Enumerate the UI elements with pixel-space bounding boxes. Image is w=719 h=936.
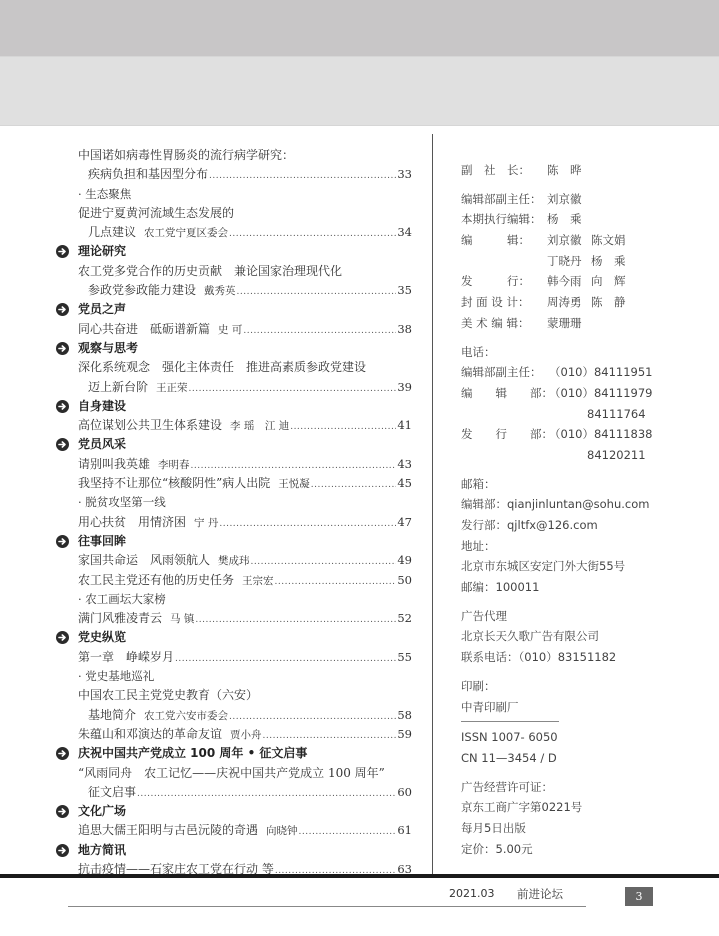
footer-date: 2021.03 [449, 887, 495, 900]
toc-entry[interactable]: 家国共命运 风雨领航人樊成玮49 [56, 551, 412, 570]
staff-row: 丁晓丹杨 乘 [461, 251, 691, 272]
staff-name-2: 陈文娟 [591, 230, 626, 251]
issn: ISSN 1007- 6050 [461, 727, 691, 748]
phone-row: 84111764 [461, 404, 691, 425]
section-title: 自身建设 [78, 399, 126, 413]
toc-entry[interactable]: 用心扶贫 用情济困宁 丹47 [56, 513, 412, 532]
entry-author: 李 瑶 江 迪 [230, 417, 289, 436]
toc-entry[interactable]: 中国农工民主党党史教育（六安） [56, 686, 412, 705]
toc-entry[interactable]: 同心共奋进 砥砺谱新篇史 可38 [56, 320, 412, 339]
entry-title: 农工民主党还有他的历史任务 [78, 571, 234, 590]
info-rule [461, 721, 559, 722]
top-gray-band [0, 0, 719, 56]
toc-entry[interactable]: “风雨同舟 农工记忆——庆祝中国共产党成立 100 周年” [56, 764, 412, 783]
email-heading: 邮箱： [461, 474, 691, 495]
section-heading: 往事回眸 [56, 532, 412, 551]
staff-row: 本期执行编辑：杨 乘 [461, 209, 691, 230]
phone-row: 编辑部副主任：（010）84111951 [461, 362, 691, 383]
license-heading: 广告经营许可证： [461, 777, 691, 798]
section-title: 党员之声 [78, 302, 126, 316]
address: 北京市东城区安定门外大街55号 [461, 556, 691, 577]
section-heading: 自身建设 [56, 397, 412, 416]
entry-title: 征文启事 [88, 783, 136, 802]
ad-phone: 联系电话：（010）83151182 [461, 647, 691, 668]
ad-heading: 广告代理 [461, 606, 691, 627]
entry-author: 史 可 [218, 321, 242, 340]
toc-entry[interactable]: 满门风雅凌青云马 镇52 [56, 609, 412, 628]
entry-author: 农工党宁夏区委会 [144, 224, 228, 243]
address-heading: 地址： [461, 536, 691, 557]
toc-entry[interactable]: 征文启事60 [56, 783, 412, 802]
entry-title: 参政党参政能力建设 [88, 281, 196, 300]
arrow-circle-icon [56, 535, 69, 548]
staff-row: 编辑部副主任：刘京徽 [461, 189, 691, 210]
table-of-contents: 中国诺如病毒性胃肠炎的流行病学研究：疾病负担和基因型分布33· 生态聚焦促进宁夏… [56, 146, 412, 879]
phone-number: 84111764 [549, 404, 646, 425]
staff-name: 蒙珊珊 [547, 316, 582, 330]
entry-title: 中国诺如病毒性胃肠炎的流行病学研究： [78, 148, 294, 162]
section-heading: 党员风采 [56, 435, 412, 454]
entry-page-number: 61 [397, 821, 412, 840]
toc-entry[interactable]: 追思大儒王阳明与古邑沅陵的奇遇向晓钟61 [56, 821, 412, 840]
column-divider [432, 134, 433, 876]
toc-entry[interactable]: 参政党参政能力建设戴秀英35 [56, 281, 412, 300]
entry-page-number: 63 [397, 860, 412, 879]
entry-page-number: 45 [397, 474, 412, 493]
entry-title: 高位谋划公共卫生体系建设 [78, 416, 222, 435]
entry-title: 我坚持不让那位“核酸阴性”病人出院 [78, 474, 270, 493]
header-light-band [0, 56, 719, 126]
entry-page-number: 39 [397, 378, 412, 397]
entry-title: 朱蕴山和邓演达的革命友谊 [78, 725, 222, 744]
entry-page-number: 52 [397, 609, 412, 628]
masthead-info: 副 社 长：陈 晔编辑部副主任：刘京徽本期执行编辑：杨 乘编 辑：刘京徽陈文娟丁… [461, 160, 691, 859]
section-heading: 理论研究 [56, 242, 412, 261]
section-title: 庆祝中国共产党成立 100 周年 • 征文启事 [78, 746, 307, 760]
ad-company: 北京长天久歌广告有限公司 [461, 626, 691, 647]
staff-name-2: 向 辉 [591, 271, 626, 292]
phone-number: （010）84111838 [549, 427, 652, 441]
entry-page-number: 38 [397, 320, 412, 339]
dot-leader [275, 862, 397, 881]
staff-row: 封 面 设 计：周涛勇陈 静 [461, 292, 691, 313]
staff-row: 副 社 长：陈 晔 [461, 160, 691, 181]
section-heading: 文化广场 [56, 802, 412, 821]
entry-title: 请别叫我英雄 [78, 455, 150, 474]
entry-page-number: 33 [397, 165, 412, 184]
phone-number: 84120211 [549, 445, 646, 466]
entry-title: 家国共命运 风雨领航人 [78, 551, 210, 570]
toc-entry[interactable]: 农工民主党还有他的历史任务王宗宏50 [56, 571, 412, 590]
arrow-circle-icon [56, 400, 69, 413]
section-title: 往事回眸 [78, 534, 126, 548]
subsection-label: · 脱贫攻坚第一线 [56, 493, 412, 512]
phone-row: 发 行 部：（010）84111838 [461, 424, 691, 445]
entry-author: 李明春 [158, 456, 190, 475]
staff-role: 美 术 编 辑： [461, 313, 547, 334]
entry-title: 抗击疫情——石家庄农工党在行动 等 [78, 860, 274, 879]
arrow-circle-icon [56, 631, 69, 644]
staff-row: 编 辑：刘京徽陈文娟 [461, 230, 691, 251]
section-heading: 庆祝中国共产党成立 100 周年 • 征文启事 [56, 744, 412, 763]
entry-author: 宁 丹 [194, 514, 218, 533]
phone-dept: 发 行 部： [461, 424, 549, 445]
phone-dept: 编 辑 部： [461, 383, 549, 404]
section-title: 党员风采 [78, 437, 126, 451]
toc-entry[interactable]: 基地简介农工党六安市委会58 [56, 706, 412, 725]
entry-author: 王宗宏 [242, 572, 274, 591]
phone-dept: 编辑部副主任： [461, 362, 549, 383]
arrow-circle-icon [56, 438, 69, 451]
entry-page-number: 41 [397, 416, 412, 435]
cn-number: CN 11—3454 / D [461, 748, 691, 769]
staff-name: 韩今雨 [547, 274, 582, 288]
staff-role: 本期执行编辑： [461, 209, 547, 230]
subsection-label: · 党史基地巡礼 [56, 667, 412, 686]
entry-author: 戴秀英 [204, 282, 236, 301]
toc-entry[interactable]: 迈上新台阶王正荣39 [56, 378, 412, 397]
staff-name-2: 陈 静 [591, 292, 626, 313]
staff-row: 发 行：韩今雨向 辉 [461, 271, 691, 292]
entry-title: 追思大儒王阳明与古邑沅陵的奇遇 [78, 821, 258, 840]
staff-role: 编 辑： [461, 230, 547, 251]
toc-entry[interactable]: 朱蕴山和邓演达的革命友谊贾小舟59 [56, 725, 412, 744]
arrow-circle-icon [56, 747, 69, 760]
phone-number: （010）84111951 [549, 365, 652, 379]
staff-name: 陈 晔 [547, 163, 582, 177]
entry-title: 用心扶贫 用情济困 [78, 513, 186, 532]
entry-title: 中国农工民主党党史教育（六安） [78, 688, 258, 702]
section-title: 党史纵览 [78, 630, 126, 644]
postcode: 邮编：100011 [461, 577, 691, 598]
page-number-badge: 3 [625, 887, 653, 906]
subsection-label: · 生态聚焦 [56, 185, 412, 204]
entry-page-number: 34 [397, 223, 412, 242]
toc-entry[interactable]: 疾病负担和基因型分布33 [56, 165, 412, 184]
entry-title: 疾病负担和基因型分布 [88, 165, 208, 184]
entry-author: 王悦凝 [278, 475, 310, 494]
section-title: 文化广场 [78, 804, 126, 818]
entry-page-number: 55 [397, 648, 412, 667]
toc-entry[interactable]: 请别叫我英雄李明春43 [56, 455, 412, 474]
section-title: 地方简讯 [78, 843, 126, 857]
price: 定价：5.00元 [461, 839, 691, 860]
license: 京东工商广字第0221号 [461, 797, 691, 818]
staff-row: 美 术 编 辑：蒙珊珊 [461, 313, 691, 334]
entry-title: 几点建议 [88, 223, 136, 242]
entry-page-number: 60 [397, 783, 412, 802]
staff-role: 封 面 设 计： [461, 292, 547, 313]
toc-entry[interactable]: 中国诺如病毒性胃肠炎的流行病学研究： [56, 146, 412, 165]
printer: 中青印刷厂 [461, 697, 691, 718]
entry-title: 迈上新台阶 [88, 378, 148, 397]
section-heading: 党史纵览 [56, 628, 412, 647]
staff-name-2: 杨 乘 [591, 251, 626, 272]
arrow-circle-icon [56, 245, 69, 258]
section-heading: 党员之声 [56, 300, 412, 319]
phone-heading: 电话： [461, 342, 691, 363]
entry-page-number: 50 [397, 571, 412, 590]
email-distribution[interactable]: 发行部：qjltfx@126.com [461, 515, 691, 536]
phone-row: 84120211 [461, 445, 691, 466]
entry-title: 农工党多党合作的历史贡献 兼论国家治理现代化 [78, 264, 342, 278]
footer-journal-title: 前进论坛 [517, 886, 563, 902]
staff-name: 刘京徽 [547, 233, 582, 247]
entry-author: 向晓钟 [266, 822, 298, 841]
entry-title: 同心共奋进 砥砺谱新篇 [78, 320, 210, 339]
staff-role: 副 社 长： [461, 160, 547, 181]
staff-name: 周涛勇 [547, 295, 582, 309]
phone-number: （010）84111979 [549, 386, 652, 400]
entry-author: 贾小舟 [230, 726, 262, 745]
entry-author: 马 镇 [170, 610, 194, 629]
entry-title: 基地简介 [88, 706, 136, 725]
toc-entry[interactable]: 促进宁夏黄河流域生态发展的 [56, 204, 412, 223]
entry-author: 樊成玮 [218, 552, 250, 571]
entry-author: 王正荣 [156, 379, 188, 398]
entry-author: 农工党六安市委会 [144, 707, 228, 726]
entry-page-number: 58 [397, 706, 412, 725]
toc-entry[interactable]: 农工党多党合作的历史贡献 兼论国家治理现代化 [56, 262, 412, 281]
arrow-circle-icon [56, 303, 69, 316]
entry-page-number: 35 [397, 281, 412, 300]
entry-page-number: 43 [397, 455, 412, 474]
staff-name: 杨 乘 [547, 212, 582, 226]
staff-role: 编辑部副主任： [461, 189, 547, 210]
phone-row: 编 辑 部：（010）84111979 [461, 383, 691, 404]
toc-entry[interactable]: 几点建议农工党宁夏区委会34 [56, 223, 412, 242]
schedule: 每月5日出版 [461, 818, 691, 839]
arrow-circle-icon [56, 844, 69, 857]
entry-title: 深化系统观念 强化主体责任 推进高素质参政党建设 [78, 360, 366, 374]
section-heading: 观察与思考 [56, 339, 412, 358]
entry-title: 满门风雅凌青云 [78, 609, 162, 628]
entry-title: 第一章 峥嵘岁月 [78, 648, 174, 667]
toc-entry[interactable]: 深化系统观念 强化主体责任 推进高素质参政党建设 [56, 358, 412, 377]
staff-name: 刘京徽 [547, 192, 582, 206]
section-title: 观察与思考 [78, 341, 138, 355]
arrow-circle-icon [56, 342, 69, 355]
arrow-circle-icon [56, 805, 69, 818]
print-heading: 印刷： [461, 676, 691, 697]
section-heading: 地方简讯 [56, 841, 412, 860]
toc-entry[interactable]: 我坚持不让那位“核酸阴性”病人出院王悦凝45 [56, 474, 412, 493]
toc-entry[interactable]: 高位谋划公共卫生体系建设李 瑶 江 迪41 [56, 416, 412, 435]
entry-page-number: 49 [397, 551, 412, 570]
subsection-label: · 农工画坛大家榜 [56, 590, 412, 609]
section-title: 理论研究 [78, 244, 126, 258]
entry-page-number: 47 [397, 513, 412, 532]
footer-rule [68, 906, 586, 907]
entry-title: “风雨同舟 农工记忆——庆祝中国共产党成立 100 周年” [78, 766, 385, 780]
toc-entry[interactable]: 抗击疫情——石家庄农工党在行动 等63 [56, 860, 412, 879]
entry-title: 促进宁夏黄河流域生态发展的 [78, 206, 234, 220]
staff-role: 发 行： [461, 271, 547, 292]
staff-name: 丁晓丹 [547, 254, 582, 268]
toc-entry[interactable]: 第一章 峥嵘岁月55 [56, 648, 412, 667]
entry-page-number: 59 [397, 725, 412, 744]
email-editorial[interactable]: 编辑部：qianjinluntan@sohu.com [461, 494, 691, 515]
